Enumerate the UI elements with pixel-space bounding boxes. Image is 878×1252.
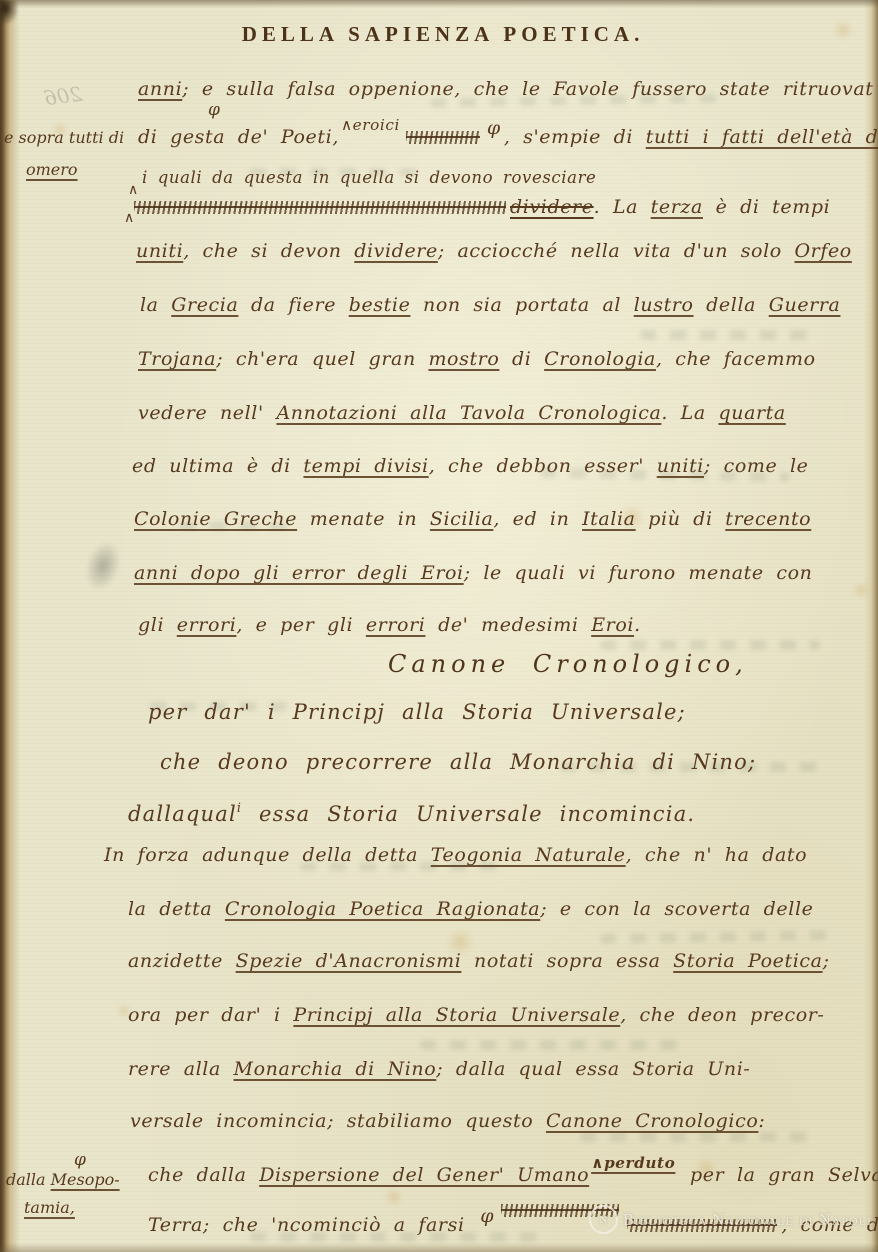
text-segment: rere alla <box>128 1058 234 1080</box>
manuscript-line: In forza adunque della detta Teogonia Na… <box>104 844 807 866</box>
manuscript-line: ed ultima è di tempi divisi, che debbon … <box>132 455 809 477</box>
text-segment: tutti i fatti dell'età degli dei <box>646 126 878 148</box>
text-segment: dividere <box>510 196 594 218</box>
illegible-strikethrough <box>406 131 480 144</box>
text-segment: , e per gli <box>236 614 365 636</box>
text-segment: Monarchia di Nino <box>234 1058 437 1080</box>
text-segment: mostro <box>428 348 499 370</box>
text-segment: ; ch'era quel gran <box>216 348 428 370</box>
manuscript-line: la detta Cronologia Poetica Ragionata; e… <box>128 898 813 920</box>
text-segment: quarta <box>718 402 785 424</box>
library-watermark: N Biblioteca Nazionale di Napoli <box>589 1205 872 1234</box>
text-segment: notati sopra essa <box>461 950 673 972</box>
text-segment: Canone Cronologico <box>546 1110 758 1132</box>
text-segment: la <box>140 294 171 316</box>
manuscript-line: che dalla Dispersione del Gener' Umano∧p… <box>148 1164 878 1186</box>
text-segment: ; dalla qual essa Storia Uni- <box>436 1058 750 1080</box>
text-segment: i quali da questa in quella si devono ro… <box>142 168 596 187</box>
manuscript-line: versale incomincia; stabiliamo questo Ca… <box>130 1110 765 1132</box>
text-segment: ; le quali vi furono menate con <box>464 562 813 584</box>
text-segment: anni <box>138 78 182 100</box>
text-segment: di gesta de' Poeti, <box>138 126 339 148</box>
text-segment: de' medesimi <box>425 614 591 636</box>
margin-note-top-line1: e sopra tutti di <box>4 128 124 147</box>
text-segment: ∧perduto <box>591 1154 675 1172</box>
text-segment: gli <box>138 614 177 636</box>
text-segment: uniti <box>136 240 183 262</box>
manuscript-line: rere alla Monarchia di Nino; dalla qual … <box>128 1058 750 1080</box>
ink-showthrough <box>420 1040 680 1050</box>
manuscript-line: anni; e sulla falsa oppenione, che le Fa… <box>138 78 874 100</box>
text-segment: Colonie Greche <box>134 508 297 530</box>
text-segment: , che debbon esser' <box>429 455 657 477</box>
text-segment: dividere <box>354 240 438 262</box>
text-segment: anni dopo gli error degli Eroi <box>134 562 464 584</box>
manuscript-line: uniti, che si devon dividere; acciocché … <box>136 240 852 262</box>
binding-edge-left <box>0 0 20 1252</box>
text-segment: ; e con la scoverta delle <box>540 898 813 920</box>
text-segment: tempi divisi <box>303 455 428 477</box>
manuscript-line: la Grecia da fiere bestie non sia portat… <box>140 294 840 316</box>
text-segment: Trojana <box>138 348 216 370</box>
text-segment: dallaqual <box>128 802 237 826</box>
text-segment: anzidette <box>128 950 236 972</box>
text-segment: Teogonia Naturale <box>431 844 626 866</box>
page-edge-bottom <box>0 1243 878 1252</box>
foxing-spot <box>832 20 854 40</box>
text-segment: ; come le <box>704 455 809 477</box>
margin-note-top-line2: omero <box>26 160 78 179</box>
text-segment: , che si devon <box>183 240 354 262</box>
text-segment: ed ultima è di <box>132 455 303 477</box>
text-segment: : <box>758 1110 765 1132</box>
manuscript-line: dividere. La terza è di tempi <box>130 196 830 218</box>
text-segment: Cronologia <box>544 348 656 370</box>
manuscript-line: ora per dar' i Principj alla Storia Univ… <box>128 1004 824 1026</box>
text-segment: , ed in <box>493 508 582 530</box>
insertion-mark-phi: φ <box>208 100 220 120</box>
text-segment: è di tempi <box>703 196 830 218</box>
manuscript-line: Trojana; ch'era quel gran mostro di Cron… <box>138 348 816 370</box>
text-segment: Dispersione del Gener' Umano <box>259 1164 589 1186</box>
text-segment: la detta <box>128 898 225 920</box>
text-segment: lustro <box>634 294 694 316</box>
manuscript-page: DELLA SAPIENZA POETICA. 206 φ e sopra tu… <box>0 0 878 1252</box>
foxing-spot <box>384 1188 404 1206</box>
foxing-spot <box>852 582 870 598</box>
ink-showthrough <box>640 330 820 340</box>
text-segment: menate in <box>297 508 430 530</box>
text-segment: di <box>499 348 544 370</box>
text-segment: φ <box>487 117 501 139</box>
text-segment: errori <box>366 614 426 636</box>
text-segment: Eroi <box>591 614 634 636</box>
text-segment: Storia Poetica <box>673 950 822 972</box>
text-segment: più di <box>636 508 726 530</box>
text-segment: ; acciocché nella vita d'un solo <box>438 240 795 262</box>
text-segment: . La <box>594 196 651 218</box>
text-segment: ; <box>823 950 830 972</box>
text-segment: Cronologia Poetica Ragionata <box>225 898 540 920</box>
page-title: DELLA SAPIENZA POETICA. <box>242 22 645 47</box>
manuscript-line: di gesta de' Poeti,∧eroiciφ, s'empie di … <box>138 124 878 148</box>
library-logo-icon: N <box>589 1205 618 1234</box>
text-segment: versale incomincia; stabiliamo questo <box>130 1110 546 1132</box>
text-segment: , s'empie di <box>504 126 646 148</box>
ink-showthrough <box>600 930 830 944</box>
text-segment: , che n' ha dato <box>626 844 808 866</box>
manuscript-line: gli errori, e per gli errori de' medesim… <box>138 614 641 636</box>
text-segment: ∧eroici <box>341 116 400 134</box>
text-segment: Mesopo- <box>51 1170 120 1189</box>
text-segment: della <box>694 294 769 316</box>
manuscript-line: vedere nell' Annotazioni alla Tavola Cro… <box>138 402 786 424</box>
text-segment: Spezie d'Anacronismi <box>236 950 462 972</box>
section-heading: Canone Cronologico, <box>388 650 748 678</box>
manuscript-line: anni dopo gli error degli Eroi; le quali… <box>134 562 812 584</box>
text-segment: vedere nell' <box>138 402 276 424</box>
text-segment: Italia <box>582 508 636 530</box>
showthrough-page-number: 206 <box>43 82 84 110</box>
text-segment: trecento <box>725 508 811 530</box>
manuscript-line: dallaquali essa Storia Universale incomi… <box>128 800 695 826</box>
insertion-mark-phi: φ <box>74 1150 86 1170</box>
corner-stain <box>0 0 18 24</box>
text-segment: Grecia <box>171 294 238 316</box>
text-segment: per la gran Selva della <box>677 1164 878 1186</box>
text-segment: φ <box>480 1205 494 1227</box>
text-segment: Principj alla Storia Universale <box>293 1004 620 1026</box>
text-segment: bestie <box>349 294 411 316</box>
text-segment: Orfeo <box>794 240 851 262</box>
text-segment: Annotazioni alla Tavola Cronologica <box>276 402 661 424</box>
text-segment: uniti <box>657 455 704 477</box>
text-segment: dalla <box>6 1170 51 1189</box>
text-segment: , che deon precor- <box>620 1004 824 1026</box>
margin-note-bottom-line2: tamia, <box>24 1198 75 1217</box>
manuscript-line-inserted: i quali da questa in quella si devono ro… <box>142 168 596 187</box>
text-segment: che dalla <box>148 1164 259 1186</box>
text-segment: per dar' i Principj alla Storia Universa… <box>148 700 686 724</box>
illegible-strikethrough <box>134 201 506 214</box>
text-segment: , che facemmo <box>656 348 816 370</box>
text-segment: Terra; che 'ncominciò a farsi <box>148 1214 477 1236</box>
manuscript-line: anzidette Spezie d'Anacronismi notati so… <box>128 950 830 972</box>
text-segment: da fiere <box>238 294 348 316</box>
page-edge-top <box>0 0 878 8</box>
margin-note-bottom-line1: dalla Mesopo- <box>6 1170 120 1189</box>
manuscript-line: per dar' i Principj alla Storia Universa… <box>148 700 686 724</box>
manuscript-line: che deono precorrere alla Monarchia di N… <box>160 750 756 774</box>
manuscript-line: Colonie Greche menate in Sicilia, ed in … <box>134 508 811 530</box>
text-segment: essa Storia Universale incomincia. <box>242 802 695 826</box>
text-segment: In forza adunque della detta <box>104 844 431 866</box>
text-segment: errori <box>177 614 237 636</box>
text-segment: Guerra <box>769 294 841 316</box>
library-watermark-text: Biblioteca Nazionale di Napoli <box>623 1210 872 1230</box>
text-segment: non sia portata al <box>410 294 633 316</box>
ink-showthrough <box>600 640 820 650</box>
text-segment: ; e sulla falsa oppenione, che le Favole… <box>182 78 873 100</box>
text-segment: . La <box>661 402 718 424</box>
text-segment: terza <box>651 196 703 218</box>
text-segment: Sicilia <box>430 508 494 530</box>
text-segment: Canone Cronologico, <box>388 650 748 678</box>
text-segment: . <box>634 614 641 636</box>
text-segment: che deono precorrere alla Monarchia di N… <box>160 750 756 774</box>
text-segment: ora per dar' i <box>128 1004 293 1026</box>
ink-smudge <box>79 536 127 596</box>
page-edge-right <box>864 0 878 1252</box>
ink-showthrough <box>580 1132 820 1142</box>
